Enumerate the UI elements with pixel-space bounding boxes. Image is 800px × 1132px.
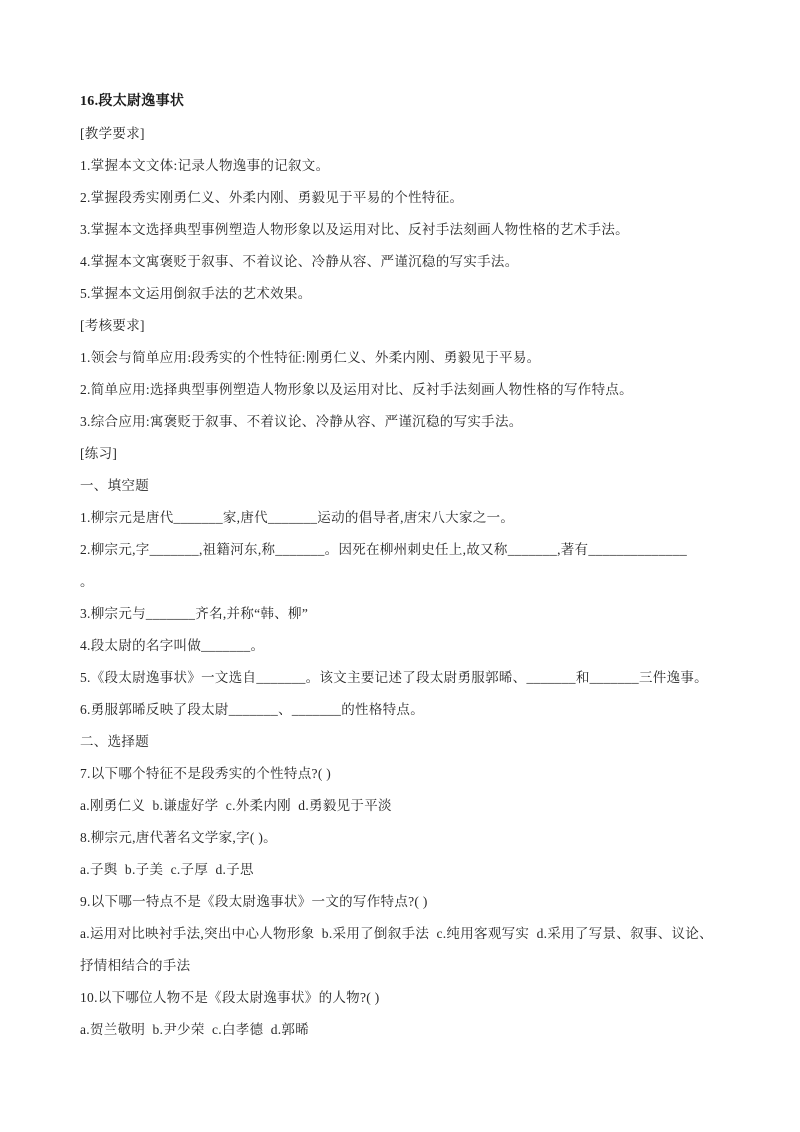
multiple-choice-options: a.贺兰敬明 b.尹少荣 c.白孝德 d.郭晞 [80,1014,744,1046]
fill-in-question: 3.柳宗元与_______齐名,并称“韩、柳” [80,598,744,630]
assessment-requirement-item: 1.领会与简单应用:段秀实的个性特征:刚勇仁义、外柔内刚、勇毅见于平易。 [80,342,744,374]
teaching-requirement-item: 4.掌握本文寓褒贬于叙事、不着议论、冷静从容、严谨沉稳的写实手法。 [80,246,744,278]
multiple-choice-question: 8.柳宗元,唐代著名文学家,字( )。 [80,822,744,854]
multiple-choice-options: a.刚勇仁义 b.谦虚好学 c.外柔内刚 d.勇毅见于平淡 [80,790,744,822]
teaching-requirement-item: 2.掌握段秀实刚勇仁义、外柔内刚、勇毅见于平易的个性特征。 [80,182,744,214]
practice-heading: [练习] [80,438,744,470]
fill-in-question: 2.柳宗元,字_______,祖籍河东,称_______。因死在柳州刺史任上,故… [80,534,744,566]
teaching-requirements-heading: [教学要求] [80,118,744,150]
fill-in-question: 5.《段太尉逸事状》一文选自_______。该文主要记述了段太尉勇服郭晞、___… [80,662,744,694]
multiple-choice-question: 9.以下哪一特点不是《段太尉逸事状》一文的写作特点?( ) [80,886,744,918]
multiple-choice-question: 7.以下哪个特征不是段秀实的个性特点?( ) [80,758,744,790]
teaching-requirement-item: 3.掌握本文选择典型事例塑造人物形象以及运用对比、反衬手法刻画人物性格的艺术手法… [80,214,744,246]
multiple-choice-options-continuation: 抒情相结合的手法 [80,950,744,982]
page-title: 16.段太尉逸事状 [80,86,744,118]
multiple-choice-question: 10.以下哪位人物不是《段太尉逸事状》的人物?( ) [80,982,744,1014]
fill-in-blanks-heading: 一、填空题 [80,470,744,502]
teaching-requirement-item: 1.掌握本文文体:记录人物逸事的记叙文。 [80,150,744,182]
assessment-requirements-heading: [考核要求] [80,310,744,342]
multiple-choice-options: a.运用对比映衬手法,突出中心人物形象 b.采用了倒叙手法 c.纯用客观写实 d… [80,918,744,950]
assessment-requirement-item: 3.综合应用:寓褒贬于叙事、不着议论、冷静从容、严谨沉稳的写实手法。 [80,406,744,438]
assessment-requirement-item: 2.简单应用:选择典型事例塑造人物形象以及运用对比、反衬手法刻画人物性格的写作特… [80,374,744,406]
multiple-choice-options: a.子舆 b.子美 c.子厚 d.子思 [80,854,744,886]
fill-in-question: 6.勇服郭晞反映了段太尉_______、_______的性格特点。 [80,694,744,726]
multiple-choice-heading: 二、选择题 [80,726,744,758]
fill-in-question: 1.柳宗元是唐代_______家,唐代_______运动的倡导者,唐宋八大家之一… [80,502,744,534]
document-page: 16.段太尉逸事状 [教学要求] 1.掌握本文文体:记录人物逸事的记叙文。 2.… [0,0,800,1132]
fill-in-question-continuation: 。 [80,566,744,598]
fill-in-question: 4.段太尉的名字叫做_______。 [80,630,744,662]
teaching-requirement-item: 5.掌握本文运用倒叙手法的艺术效果。 [80,278,744,310]
